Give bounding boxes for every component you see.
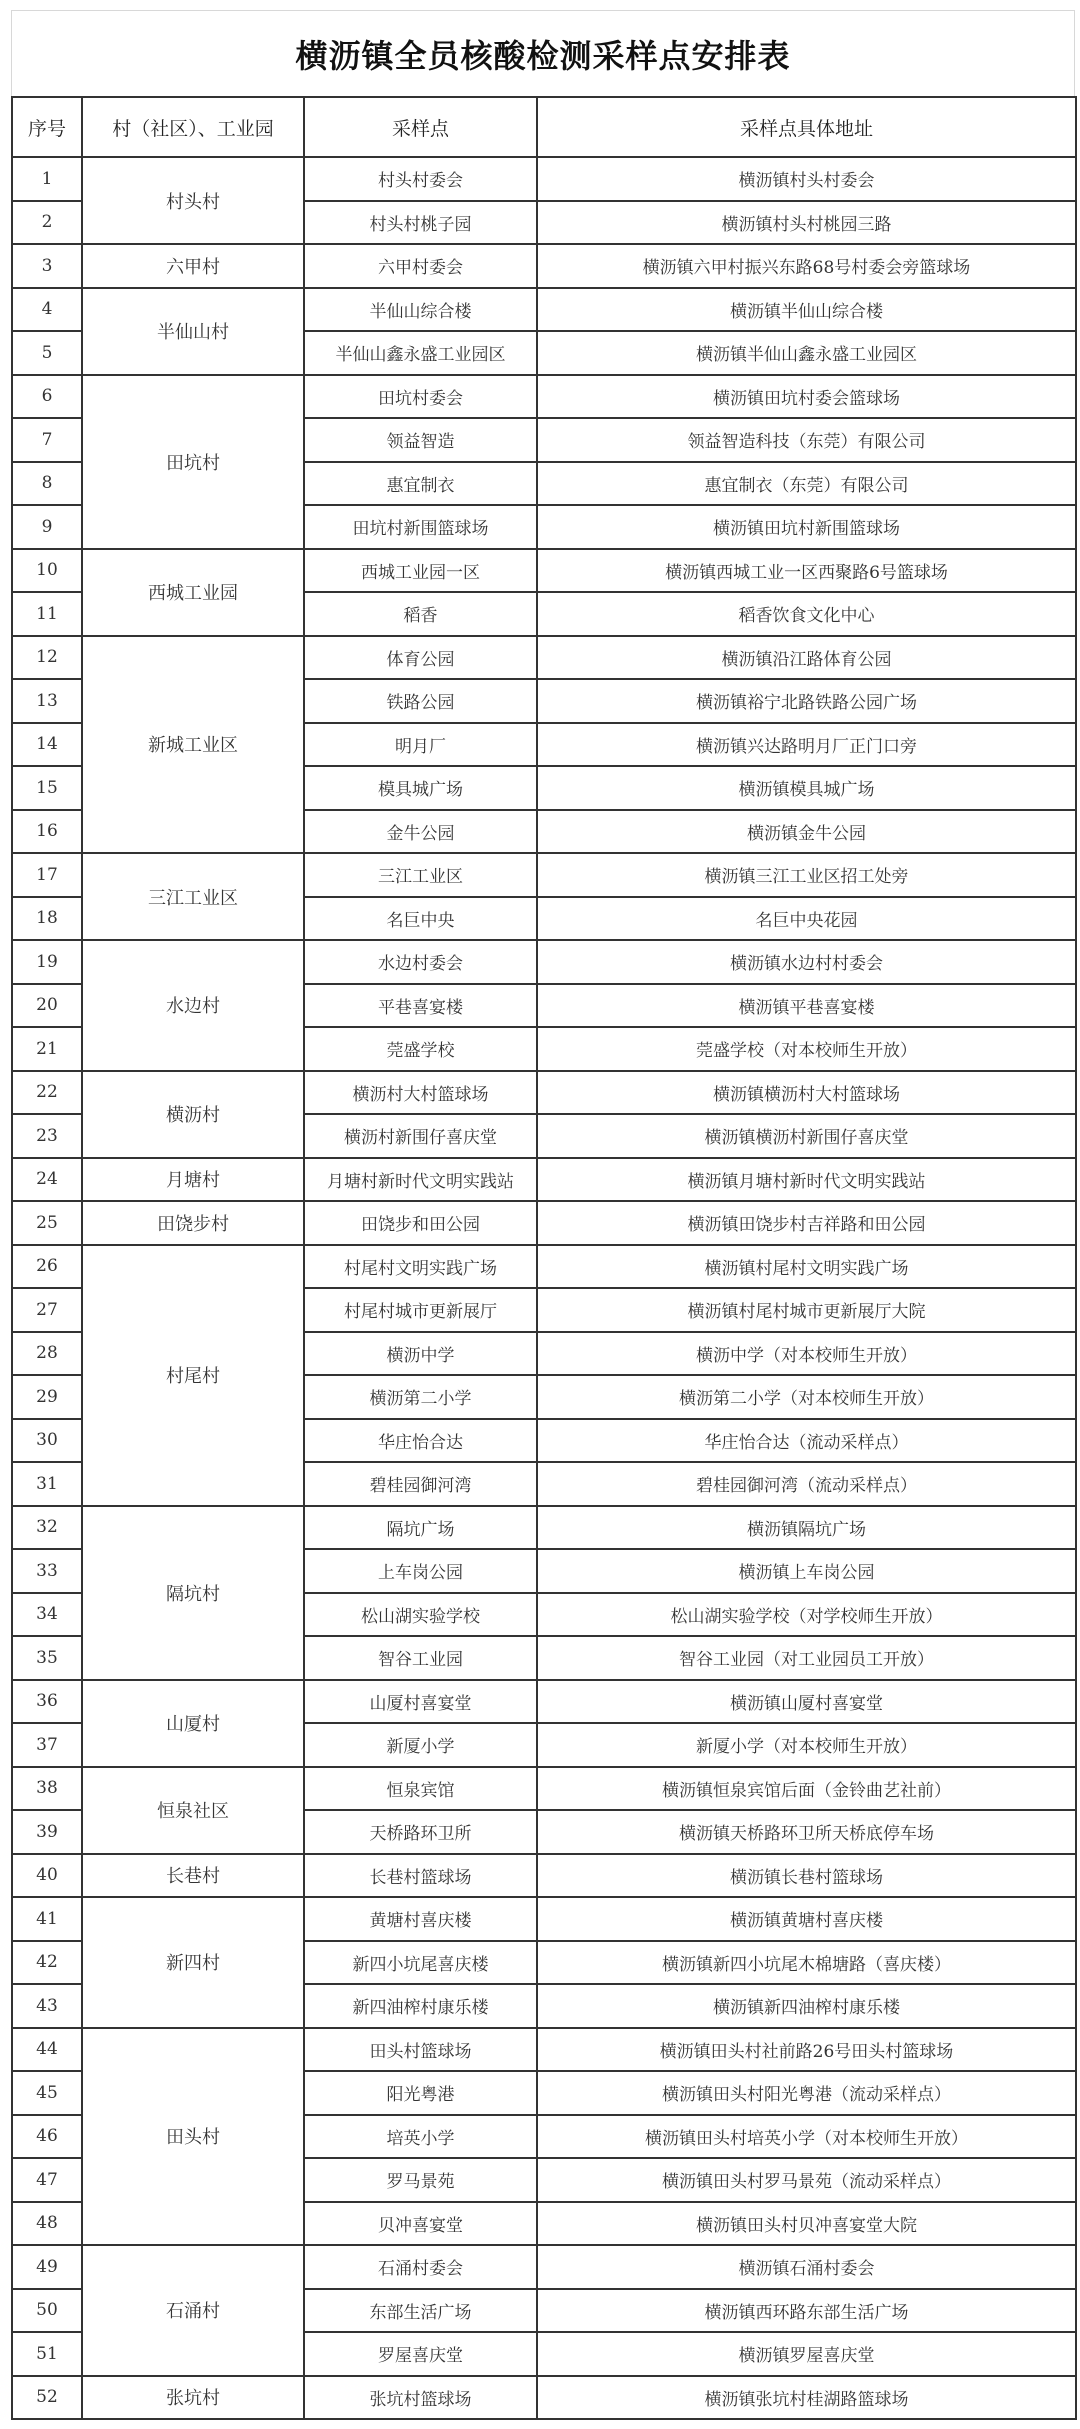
address-cell: 横沥镇半仙山鑫永盛工业园区 <box>537 331 1076 375</box>
row-number: 41 <box>12 1897 82 1941</box>
village-cell: 村尾村 <box>82 1245 304 1506</box>
village-cell: 半仙山村 <box>82 288 304 375</box>
row-number: 2 <box>12 201 82 245</box>
address-cell: 横沥镇三江工业区招工处旁 <box>537 853 1076 897</box>
table-row: 41新四村黄塘村喜庆楼横沥镇黄塘村喜庆楼 <box>12 1897 1076 1941</box>
row-number: 17 <box>12 853 82 897</box>
row-number: 32 <box>12 1506 82 1550</box>
address-cell: 横沥镇田头村罗马景苑（流动采样点） <box>537 2158 1076 2202</box>
site-cell: 村尾村城市更新展厅 <box>304 1288 537 1332</box>
table-header-row: 序号 村（社区）、工业园 采样点 采样点具体地址 <box>12 97 1076 157</box>
table-row: 44田头村田头村篮球场横沥镇田头村社前路26号田头村篮球场 <box>12 2028 1076 2072</box>
village-cell: 水边村 <box>82 940 304 1071</box>
site-cell: 半仙山鑫永盛工业园区 <box>304 331 537 375</box>
site-cell: 西城工业园一区 <box>304 549 537 593</box>
table-row: 17三江工业区三江工业区横沥镇三江工业区招工处旁 <box>12 853 1076 897</box>
table-row: 10西城工业园西城工业园一区横沥镇西城工业一区西聚路6号篮球场 <box>12 549 1076 593</box>
row-number: 34 <box>12 1593 82 1637</box>
site-cell: 隔坑广场 <box>304 1506 537 1550</box>
row-number: 11 <box>12 592 82 636</box>
site-cell: 模具城广场 <box>304 766 537 810</box>
site-cell: 华庄怡合达 <box>304 1419 537 1463</box>
address-cell: 横沥镇水边村村委会 <box>537 940 1076 984</box>
row-number: 42 <box>12 1941 82 1985</box>
site-cell: 阳光粤港 <box>304 2071 537 2115</box>
site-cell: 横沥村新围仔喜庆堂 <box>304 1114 537 1158</box>
village-cell: 山厦村 <box>82 1680 304 1767</box>
row-number: 12 <box>12 636 82 680</box>
site-cell: 东部生活广场 <box>304 2289 537 2333</box>
village-cell: 田坑村 <box>82 375 304 549</box>
site-cell: 横沥中学 <box>304 1332 537 1376</box>
site-cell: 明月厂 <box>304 723 537 767</box>
village-cell: 月塘村 <box>82 1158 304 1202</box>
row-number: 43 <box>12 1984 82 2028</box>
village-cell: 新四村 <box>82 1897 304 2028</box>
table-row: 25田饶步村田饶步和田公园横沥镇田饶步村吉祥路和田公园 <box>12 1201 1076 1245</box>
header-site: 采样点 <box>304 97 537 157</box>
site-cell: 智谷工业园 <box>304 1636 537 1680</box>
row-number: 46 <box>12 2115 82 2159</box>
row-number: 23 <box>12 1114 82 1158</box>
site-cell: 恒泉宾馆 <box>304 1767 537 1811</box>
row-number: 31 <box>12 1462 82 1506</box>
site-cell: 罗屋喜庆堂 <box>304 2332 537 2376</box>
sampling-schedule-sheet: 横沥镇全员核酸检测采样点安排表 序号 村（社区）、工业园 采样点 采样点具体地址… <box>11 10 1075 2420</box>
address-cell: 横沥中学（对本校师生开放） <box>537 1332 1076 1376</box>
site-cell: 新四油榨村康乐楼 <box>304 1984 537 2028</box>
header-address: 采样点具体地址 <box>537 97 1076 157</box>
row-number: 1 <box>12 157 82 201</box>
row-number: 16 <box>12 810 82 854</box>
title-box: 横沥镇全员核酸检测采样点安排表 <box>11 10 1075 96</box>
site-cell: 罗马景苑 <box>304 2158 537 2202</box>
village-cell: 田饶步村 <box>82 1201 304 1245</box>
site-cell: 村头村委会 <box>304 157 537 201</box>
address-cell: 横沥镇六甲村振兴东路68号村委会旁篮球场 <box>537 244 1076 288</box>
address-cell: 横沥镇金牛公园 <box>537 810 1076 854</box>
address-cell: 横沥镇田饶步村吉祥路和田公园 <box>537 1201 1076 1245</box>
village-cell: 长巷村 <box>82 1854 304 1898</box>
table-row: 19水边村水边村委会横沥镇水边村村委会 <box>12 940 1076 984</box>
address-cell: 稻香饮食文化中心 <box>537 592 1076 636</box>
site-cell: 金牛公园 <box>304 810 537 854</box>
site-cell: 名巨中央 <box>304 897 537 941</box>
site-cell: 贝冲喜宴堂 <box>304 2202 537 2246</box>
table-row: 3六甲村六甲村委会横沥镇六甲村振兴东路68号村委会旁篮球场 <box>12 244 1076 288</box>
row-number: 9 <box>12 505 82 549</box>
site-cell: 村头村桃子园 <box>304 201 537 245</box>
site-cell: 黄塘村喜庆楼 <box>304 1897 537 1941</box>
address-cell: 名巨中央花园 <box>537 897 1076 941</box>
row-number: 24 <box>12 1158 82 1202</box>
village-cell: 新城工业区 <box>82 636 304 854</box>
row-number: 28 <box>12 1332 82 1376</box>
sampling-sites-table: 序号 村（社区）、工业园 采样点 采样点具体地址 1村头村村头村委会横沥镇村头村… <box>11 96 1077 2420</box>
village-cell: 六甲村 <box>82 244 304 288</box>
table-body: 1村头村村头村委会横沥镇村头村委会2村头村桃子园横沥镇村头村桃园三路3六甲村六甲… <box>12 157 1076 2419</box>
address-cell: 横沥镇村头村桃园三路 <box>537 201 1076 245</box>
table-row: 40长巷村长巷村篮球场横沥镇长巷村篮球场 <box>12 1854 1076 1898</box>
address-cell: 横沥镇田头村社前路26号田头村篮球场 <box>537 2028 1076 2072</box>
village-cell: 横沥村 <box>82 1071 304 1158</box>
page-title: 横沥镇全员核酸检测采样点安排表 <box>295 31 790 77</box>
table-row: 4半仙山村半仙山综合楼横沥镇半仙山综合楼 <box>12 288 1076 332</box>
row-number: 6 <box>12 375 82 419</box>
village-cell: 西城工业园 <box>82 549 304 636</box>
site-cell: 田坑村委会 <box>304 375 537 419</box>
village-cell: 恒泉社区 <box>82 1767 304 1854</box>
village-cell: 隔坑村 <box>82 1506 304 1680</box>
table-row: 6田坑村田坑村委会横沥镇田坑村委会篮球场 <box>12 375 1076 419</box>
address-cell: 横沥镇新四油榨村康乐楼 <box>537 1984 1076 2028</box>
site-cell: 松山湖实验学校 <box>304 1593 537 1637</box>
site-cell: 三江工业区 <box>304 853 537 897</box>
site-cell: 铁路公园 <box>304 679 537 723</box>
row-number: 3 <box>12 244 82 288</box>
address-cell: 领益智造科技（东莞）有限公司 <box>537 418 1076 462</box>
header-village: 村（社区）、工业园 <box>82 97 304 157</box>
site-cell: 田饶步和田公园 <box>304 1201 537 1245</box>
site-cell: 惠宜制衣 <box>304 462 537 506</box>
row-number: 38 <box>12 1767 82 1811</box>
site-cell: 平巷喜宴楼 <box>304 984 537 1028</box>
address-cell: 横沥镇平巷喜宴楼 <box>537 984 1076 1028</box>
table-row: 24月塘村月塘村新时代文明实践站横沥镇月塘村新时代文明实践站 <box>12 1158 1076 1202</box>
site-cell: 体育公园 <box>304 636 537 680</box>
site-cell: 村尾村文明实践广场 <box>304 1245 537 1289</box>
address-cell: 横沥镇田坑村委会篮球场 <box>537 375 1076 419</box>
row-number: 45 <box>12 2071 82 2115</box>
row-number: 29 <box>12 1375 82 1419</box>
village-cell: 张坑村 <box>82 2376 304 2420</box>
village-cell: 村头村 <box>82 157 304 244</box>
village-cell: 三江工业区 <box>82 853 304 940</box>
address-cell: 横沥镇田头村阳光粤港（流动采样点） <box>537 2071 1076 2115</box>
site-cell: 横沥村大村篮球场 <box>304 1071 537 1115</box>
site-cell: 天桥路环卫所 <box>304 1810 537 1854</box>
row-number: 36 <box>12 1680 82 1724</box>
table-row: 49石涌村石涌村委会横沥镇石涌村委会 <box>12 2245 1076 2289</box>
address-cell: 横沥镇横沥村新围仔喜庆堂 <box>537 1114 1076 1158</box>
address-cell: 横沥镇西城工业一区西聚路6号篮球场 <box>537 549 1076 593</box>
row-number: 33 <box>12 1549 82 1593</box>
row-number: 21 <box>12 1027 82 1071</box>
site-cell: 石涌村委会 <box>304 2245 537 2289</box>
address-cell: 横沥镇村尾村城市更新展厅大院 <box>537 1288 1076 1332</box>
site-cell: 新厦小学 <box>304 1723 537 1767</box>
address-cell: 横沥镇石涌村委会 <box>537 2245 1076 2289</box>
address-cell: 横沥镇隔坑广场 <box>537 1506 1076 1550</box>
row-number: 39 <box>12 1810 82 1854</box>
address-cell: 横沥镇半仙山综合楼 <box>537 288 1076 332</box>
address-cell: 横沥镇天桥路环卫所天桥底停车场 <box>537 1810 1076 1854</box>
address-cell: 横沥镇田坑村新围篮球场 <box>537 505 1076 549</box>
site-cell: 田头村篮球场 <box>304 2028 537 2072</box>
row-number: 4 <box>12 288 82 332</box>
address-cell: 松山湖实验学校（对学校师生开放） <box>537 1593 1076 1637</box>
site-cell: 上车岗公园 <box>304 1549 537 1593</box>
site-cell: 培英小学 <box>304 2115 537 2159</box>
address-cell: 横沥镇恒泉宾馆后面（金铃曲艺社前） <box>537 1767 1076 1811</box>
site-cell: 莞盛学校 <box>304 1027 537 1071</box>
row-number: 19 <box>12 940 82 984</box>
site-cell: 新四小坑尾喜庆楼 <box>304 1941 537 1985</box>
row-number: 44 <box>12 2028 82 2072</box>
row-number: 40 <box>12 1854 82 1898</box>
row-number: 14 <box>12 723 82 767</box>
address-cell: 横沥镇村尾村文明实践广场 <box>537 1245 1076 1289</box>
address-cell: 横沥镇黄塘村喜庆楼 <box>537 1897 1076 1941</box>
address-cell: 横沥镇横沥村大村篮球场 <box>537 1071 1076 1115</box>
table-row: 26村尾村村尾村文明实践广场横沥镇村尾村文明实践广场 <box>12 1245 1076 1289</box>
site-cell: 山厦村喜宴堂 <box>304 1680 537 1724</box>
row-number: 7 <box>12 418 82 462</box>
site-cell: 长巷村篮球场 <box>304 1854 537 1898</box>
row-number: 10 <box>12 549 82 593</box>
site-cell: 水边村委会 <box>304 940 537 984</box>
table-row: 52张坑村张坑村篮球场横沥镇张坑村桂湖路篮球场 <box>12 2376 1076 2420</box>
site-cell: 领益智造 <box>304 418 537 462</box>
address-cell: 横沥镇张坑村桂湖路篮球场 <box>537 2376 1076 2420</box>
row-number: 26 <box>12 1245 82 1289</box>
row-number: 22 <box>12 1071 82 1115</box>
address-cell: 横沥镇长巷村篮球场 <box>537 1854 1076 1898</box>
address-cell: 横沥镇西环路东部生活广场 <box>537 2289 1076 2333</box>
table-row: 12新城工业区体育公园横沥镇沿江路体育公园 <box>12 636 1076 680</box>
site-cell: 稻香 <box>304 592 537 636</box>
address-cell: 横沥镇山厦村喜宴堂 <box>537 1680 1076 1724</box>
address-cell: 横沥镇裕宁北路铁路公园广场 <box>537 679 1076 723</box>
table-row: 32隔坑村隔坑广场横沥镇隔坑广场 <box>12 1506 1076 1550</box>
site-cell: 横沥第二小学 <box>304 1375 537 1419</box>
address-cell: 横沥镇上车岗公园 <box>537 1549 1076 1593</box>
address-cell: 横沥镇新四小坑尾木棉塘路（喜庆楼） <box>537 1941 1076 1985</box>
row-number: 27 <box>12 1288 82 1332</box>
row-number: 49 <box>12 2245 82 2289</box>
row-number: 18 <box>12 897 82 941</box>
address-cell: 横沥镇田头村贝冲喜宴堂大院 <box>537 2202 1076 2246</box>
address-cell: 横沥第二小学（对本校师生开放） <box>537 1375 1076 1419</box>
row-number: 5 <box>12 331 82 375</box>
row-number: 48 <box>12 2202 82 2246</box>
row-number: 47 <box>12 2158 82 2202</box>
address-cell: 横沥镇模具城广场 <box>537 766 1076 810</box>
address-cell: 莞盛学校（对本校师生开放） <box>537 1027 1076 1071</box>
address-cell: 华庄怡合达（流动采样点） <box>537 1419 1076 1463</box>
site-cell: 田坑村新围篮球场 <box>304 505 537 549</box>
row-number: 52 <box>12 2376 82 2420</box>
address-cell: 横沥镇罗屋喜庆堂 <box>537 2332 1076 2376</box>
address-cell: 智谷工业园（对工业园员工开放） <box>537 1636 1076 1680</box>
address-cell: 横沥镇村头村委会 <box>537 157 1076 201</box>
site-cell: 张坑村篮球场 <box>304 2376 537 2420</box>
row-number: 50 <box>12 2289 82 2333</box>
table-row: 38恒泉社区恒泉宾馆横沥镇恒泉宾馆后面（金铃曲艺社前） <box>12 1767 1076 1811</box>
row-number: 15 <box>12 766 82 810</box>
village-cell: 石涌村 <box>82 2245 304 2376</box>
table-row: 22横沥村横沥村大村篮球场横沥镇横沥村大村篮球场 <box>12 1071 1076 1115</box>
address-cell: 横沥镇兴达路明月厂正门口旁 <box>537 723 1076 767</box>
site-cell: 六甲村委会 <box>304 244 537 288</box>
row-number: 20 <box>12 984 82 1028</box>
row-number: 35 <box>12 1636 82 1680</box>
address-cell: 横沥镇沿江路体育公园 <box>537 636 1076 680</box>
row-number: 30 <box>12 1419 82 1463</box>
row-number: 25 <box>12 1201 82 1245</box>
table-row: 36山厦村山厦村喜宴堂横沥镇山厦村喜宴堂 <box>12 1680 1076 1724</box>
row-number: 8 <box>12 462 82 506</box>
address-cell: 横沥镇月塘村新时代文明实践站 <box>537 1158 1076 1202</box>
header-no: 序号 <box>12 97 82 157</box>
address-cell: 新厦小学（对本校师生开放） <box>537 1723 1076 1767</box>
site-cell: 月塘村新时代文明实践站 <box>304 1158 537 1202</box>
row-number: 13 <box>12 679 82 723</box>
row-number: 51 <box>12 2332 82 2376</box>
table-row: 1村头村村头村委会横沥镇村头村委会 <box>12 157 1076 201</box>
address-cell: 碧桂园御河湾（流动采样点） <box>537 1462 1076 1506</box>
address-cell: 惠宜制衣（东莞）有限公司 <box>537 462 1076 506</box>
row-number: 37 <box>12 1723 82 1767</box>
address-cell: 横沥镇田头村培英小学（对本校师生开放） <box>537 2115 1076 2159</box>
village-cell: 田头村 <box>82 2028 304 2246</box>
site-cell: 碧桂园御河湾 <box>304 1462 537 1506</box>
site-cell: 半仙山综合楼 <box>304 288 537 332</box>
